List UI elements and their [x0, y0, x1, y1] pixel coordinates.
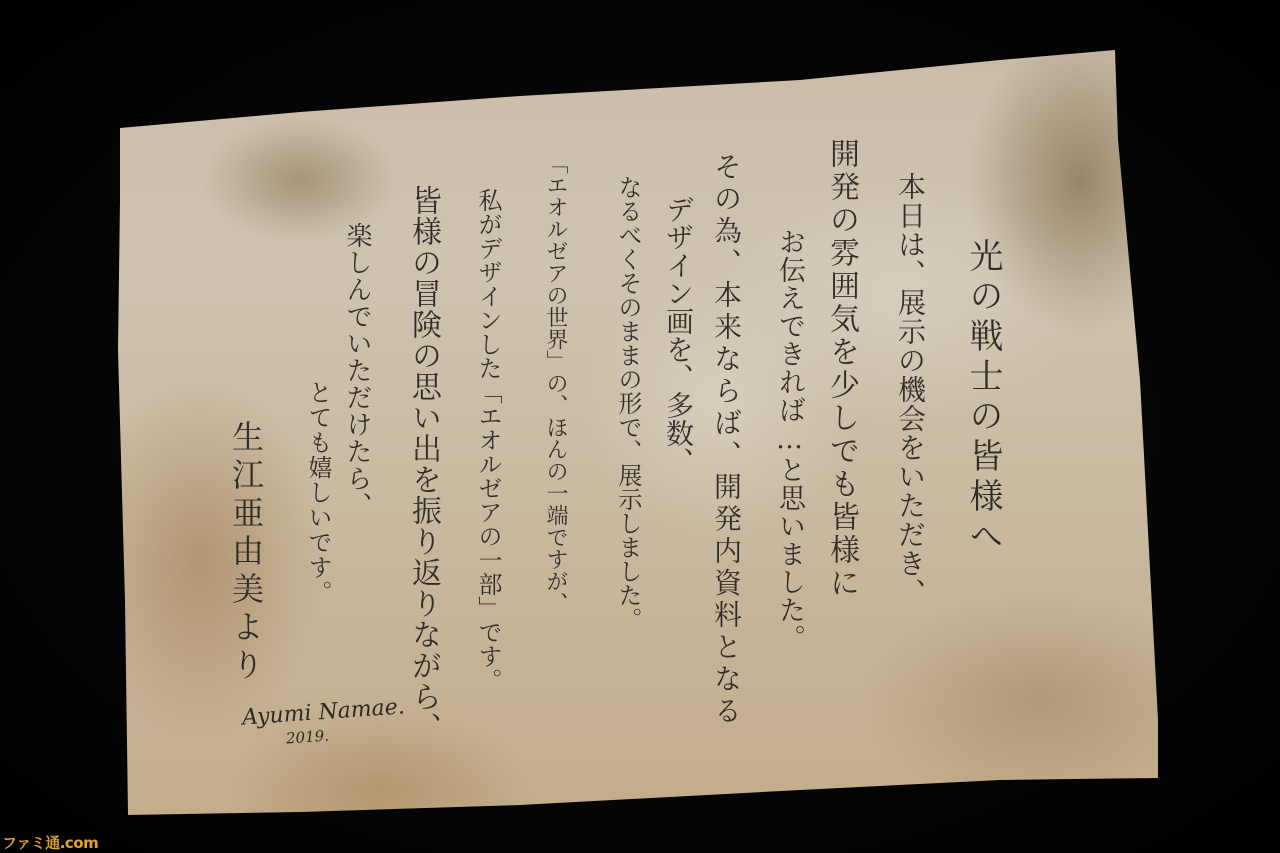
letter-line-6: なるべくそのままの形で、展示しました。: [616, 175, 640, 631]
letter-line-4: その為、本来ならば、開発内資料となる: [712, 152, 740, 728]
letter-line-5: デザイン画を、多数、: [664, 195, 692, 475]
letter-line-7: 「エオルゼアの世界」の、ほんの一端ですが、: [544, 152, 566, 614]
signature-year: 2019.: [285, 727, 329, 748]
letter-line-2: 開発の雰囲気を少しでも皆様に: [826, 138, 856, 600]
letter-line-10: 楽しんでいただけたら、: [344, 222, 370, 519]
letter-greeting: 光の戦士の皆様へ: [966, 238, 1000, 558]
famitsu-watermark-logo: ファミ通.com: [2, 836, 98, 851]
letter-line-1: 本日は、展示の機会をいただき、: [896, 172, 924, 607]
letter-line-3: お伝えできれば…と思いました。: [776, 228, 803, 652]
letter-line-9: 皆様の冒険の思い出を振り返りながら、: [408, 185, 438, 743]
letter-closing: 生江亜由美より: [230, 420, 262, 686]
letter-line-11: とても嬉しいです。: [306, 380, 330, 605]
letter-line-8: 私がデザインした「エオルゼアの一部」です。: [476, 188, 500, 692]
